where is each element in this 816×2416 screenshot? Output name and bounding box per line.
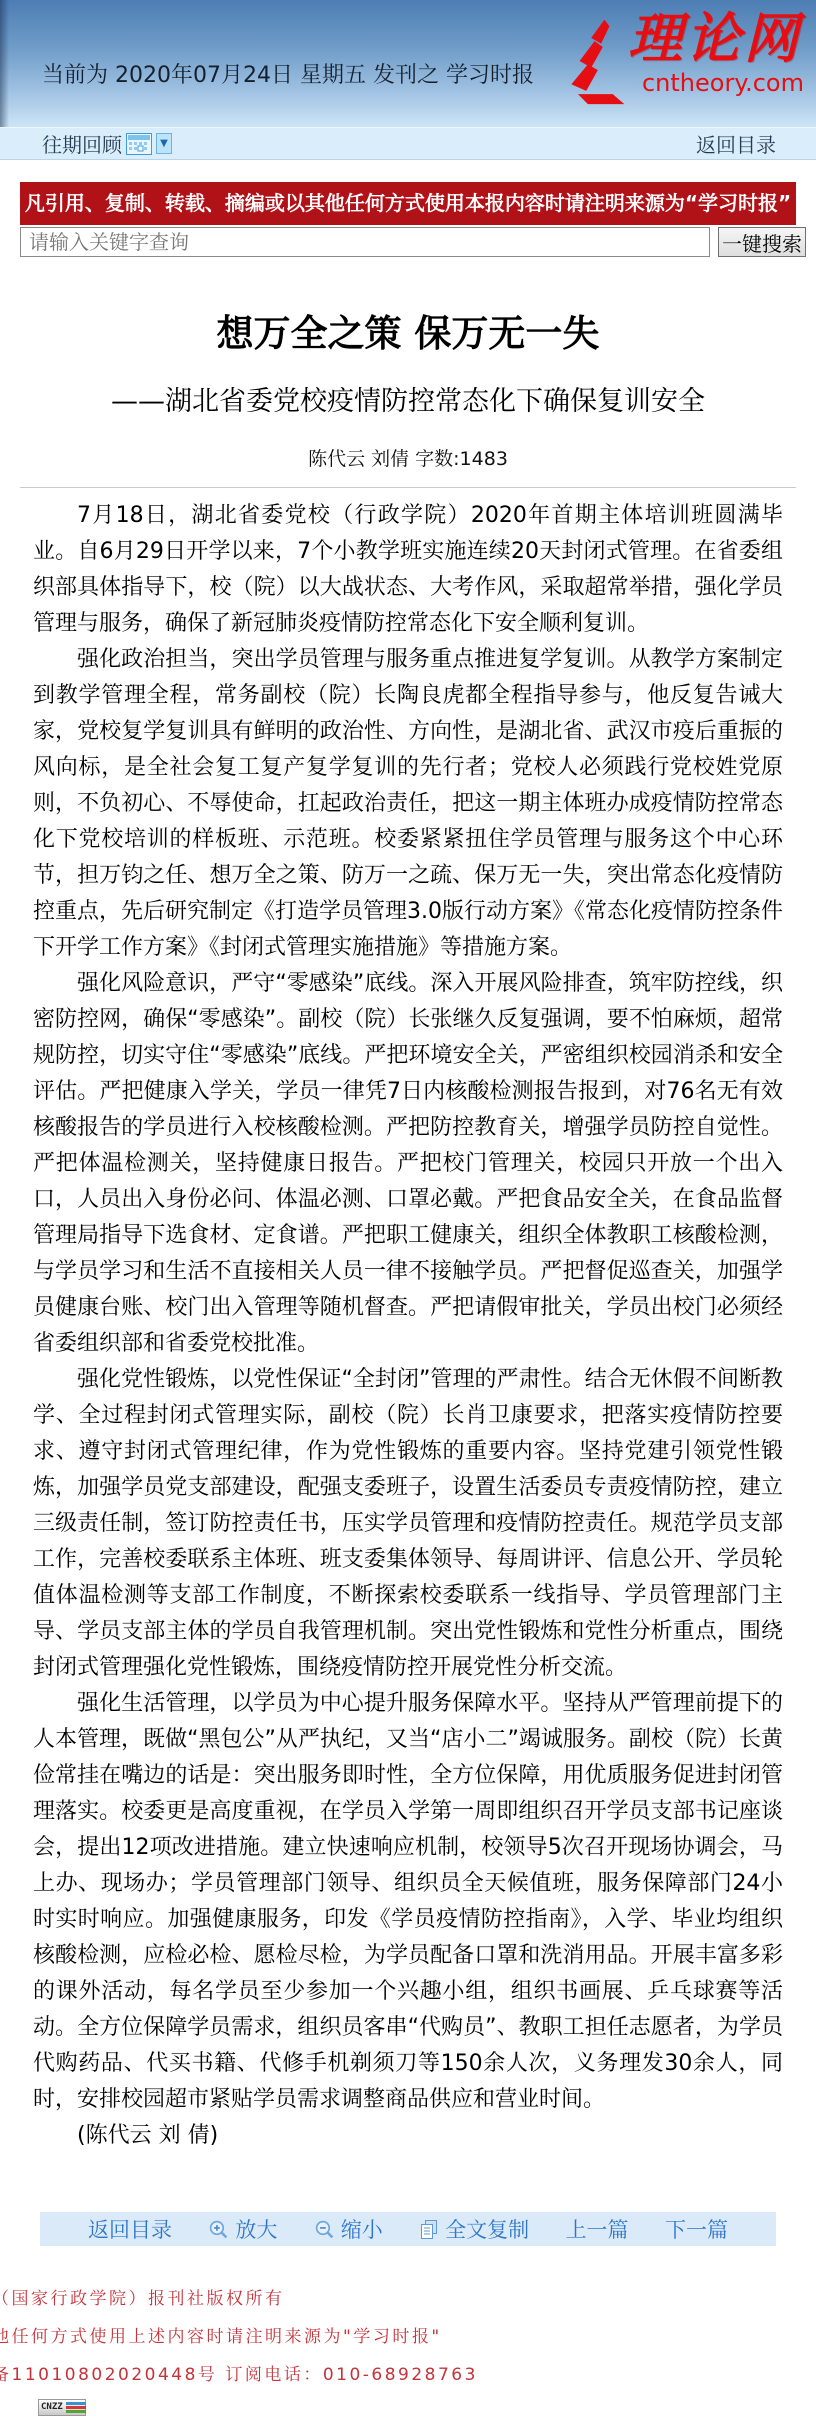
masthead: 当前为 2020年07月24日 星期五 发刊之 学习时报 理论网 cntheor… [0,0,816,127]
cnzz-counter-badge[interactable]: CNZZ [38,2399,86,2416]
footer-copyright-line: （国家行政学院）报刊社版权所有 [0,2280,816,2318]
page: 当前为 2020年07月24日 星期五 发刊之 学习时报 理论网 cntheor… [0,0,816,2416]
logo-domain: cntheory.com [642,70,804,96]
toolbar-zoom-in[interactable]: 放大 [208,2214,277,2244]
logo-title: 理论网 [628,8,802,70]
site-logo[interactable]: 理论网 cntheory.com [568,8,804,114]
article-byline: 陈代云 刘倩 字数:1483 [33,444,783,471]
toolbar-prev-article[interactable]: 上一篇 [566,2214,629,2244]
zoom-in-icon [208,2219,229,2240]
calendar-dropdown-arrow-icon[interactable]: ▼ [156,133,172,154]
toolbar-next-article[interactable]: 下一篇 [665,2214,728,2244]
byline-divider [20,487,796,488]
article-paragraph: 强化政治担当，突出学员管理与服务重点推进复学复训。从教学方案制定到教学管理全程，… [33,642,783,966]
article-toolbar: 返回目录 放大 缩小 [40,2212,776,2246]
logo-leaf-icon [568,18,626,114]
past-issues-group: 往期回顾 ▼ [42,129,172,158]
toolbar-zoom-out[interactable]: 缩小 [314,2214,383,2244]
copy-icon [419,2219,439,2240]
article-paragraph: 强化风险意识，严守“零感染”底线。深入开展风险排查，筑牢防控线，织密防控网，确保… [33,966,783,1362]
logo-text: 理论网 cntheory.com [628,8,804,96]
toolbar-back-to-toc[interactable]: 返回目录 [88,2214,172,2244]
search-button[interactable]: 一键搜索 [718,227,806,257]
footer-source-line: 他任何方式使用上述内容时请注明来源为"学习时报" [0,2318,816,2356]
issue-date-line: 当前为 2020年07月24日 星期五 发刊之 学习时报 [42,58,534,89]
article: 想万全之策 保万无一失 ——湖北省委党校疫情防控常态化下确保复训安全 陈代云 刘… [0,303,816,2154]
site-footer: （国家行政学院）报刊社版权所有 他任何方式使用上述内容时请注明来源为"学习时报"… [0,2280,816,2416]
article-body: 7月18日，湖北省委党校（行政学院）2020年首期主体培训班圆满毕业。自6月29… [33,498,783,2154]
zoom-out-icon [314,2219,335,2240]
search-bar: 一键搜索 [20,227,806,257]
calendar-icon[interactable] [126,133,152,155]
article-subtitle: ——湖北省委党校疫情防控常态化下确保复训安全 [33,379,783,418]
subnav-bar: 往期回顾 ▼ 返回目录 [0,127,816,160]
article-signature: (陈代云 刘 倩) [33,2118,783,2154]
article-paragraph: 7月18日，湖北省委党校（行政学院）2020年首期主体培训班圆满毕业。自6月29… [33,498,783,642]
search-input[interactable] [20,227,710,257]
past-issues-link[interactable]: 往期回顾 [42,129,122,158]
cnzz-bars-icon [66,2402,86,2413]
copyright-notice-banner: 凡引用、复制、转载、摘编或以其他任何方式使用本报内容时请注明来源为“学习时报” [20,182,796,225]
toolbar-copy-all[interactable]: 全文复制 [419,2214,529,2244]
cnzz-label: CNZZ [41,2402,63,2412]
article-paragraph: 强化生活管理，以学员为中心提升服务保障水平。坚持从严管理前提下的人本管理，既做“… [33,1686,783,2118]
back-to-toc-link[interactable]: 返回目录 [696,129,776,158]
footer-record-line: 备11010802020448号 订阅电话：010-68928763 [0,2356,816,2394]
article-paragraph: 强化党性锻炼，以党性保证“全封闭”管理的严肃性。结合无休假不间断教学、全过程封闭… [33,1362,783,1686]
article-title: 想万全之策 保万无一失 [33,303,783,357]
